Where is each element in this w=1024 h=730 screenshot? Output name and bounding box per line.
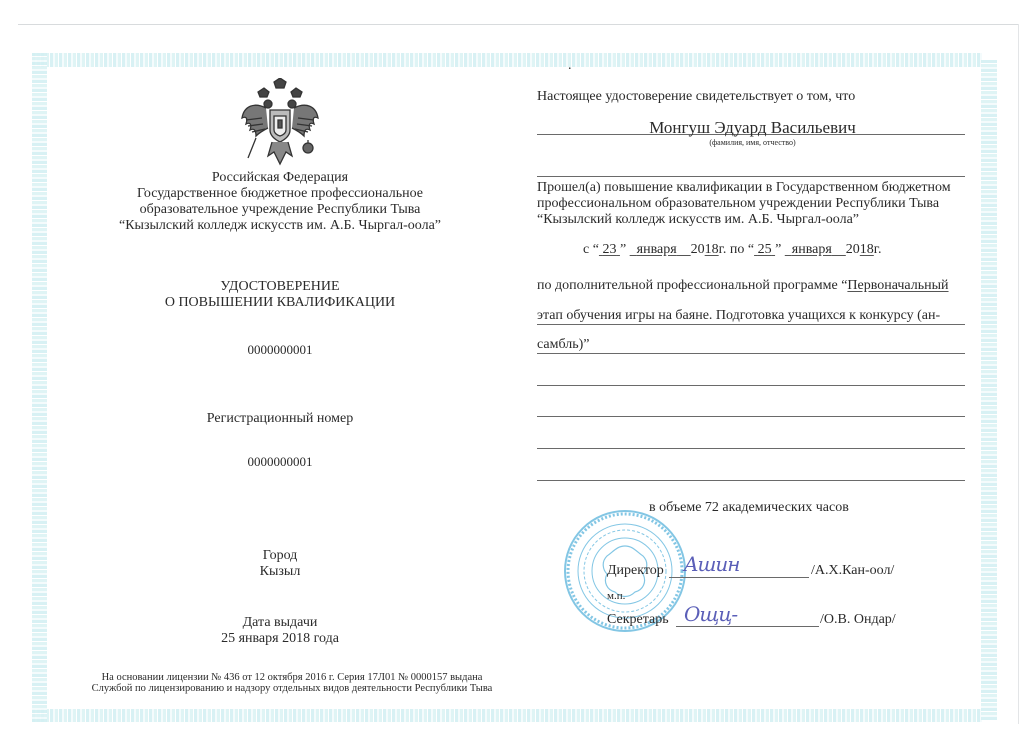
date-from-prefix: с “ [583,242,599,257]
secretary-signature: Ощц- [684,602,737,626]
program-prefix: по дополнительной профессиональной прогр… [537,278,847,293]
year-unit: г. [874,242,882,257]
paper-edge-right [1018,24,1019,724]
intro-text: Настоящее удостоверение свидетельствует … [537,89,855,105]
date-from-day: 23 [599,242,620,257]
director-name: /А.Х.Кан-оол/ [811,563,894,579]
passed-line: профессиональном образовательном учрежде… [537,196,951,212]
document-title: УДОСТОВЕРЕНИЕ О ПОВЫШЕНИИ КВАЛИФИКАЦИИ [130,279,430,311]
director-label: Директор [607,563,664,579]
certificate-page: Российская Федерация Государственное бюд… [0,0,1024,730]
date-from-month: января [630,242,691,257]
full-name: Монгуш Эдуард Васильевич [540,118,965,138]
date-from-year: 18 [705,242,719,257]
passed-training-text: Прошел(а) повышение квалификации в Госуд… [537,180,951,228]
year-prefix: 20 [691,242,705,257]
org-line: Российская Федерация [110,170,450,186]
issue-date-block: Дата выдачи 25 января 2018 года [160,615,400,647]
blank-line [537,385,965,386]
blank-line [537,416,965,417]
passed-line: “Кызылский колледж искусств им. А.Б. Чыр… [537,212,951,228]
program-line-2: этап обучения игры на баяне. Подготовка … [537,308,965,324]
passed-line: Прошел(а) повышение квалификации в Госуд… [537,180,951,196]
program-line-3: самбль)” [537,337,965,353]
russian-coat-of-arms-icon [238,78,322,170]
secretary-label: Секретарь [607,612,669,628]
ornamental-border-bottom [32,709,982,722]
registration-number-label: Регистрационный номер [180,411,380,427]
secretary-name: /О.В. Ондар/ [820,612,896,628]
license-line: Службой по лицензированию и надзору отде… [62,683,522,694]
director-signature-line [669,577,809,578]
ornamental-border-left [32,53,47,722]
paper-edge-top [18,24,1018,25]
year-prefix: 20 [846,242,860,257]
quote: ” [775,242,781,257]
training-dates: с “ 23 ” января 2018г. по “ 25 ” января … [583,242,881,258]
document-number: 0000000001 [180,342,380,358]
full-name-caption: (фамилия, имя, отчество) [540,138,965,147]
print-dot: . [568,58,572,74]
license-line: На основании лицензии № 436 от 12 октябр… [62,672,522,683]
blank-line [537,480,965,481]
blank-line [537,448,965,449]
issuing-organization: Российская Федерация Государственное бюд… [110,170,450,234]
program-line-1: по дополнительной профессиональной прогр… [537,278,965,294]
date-to-day: 25 [754,242,775,257]
city-label: Город [180,548,380,564]
program-underline [537,324,965,325]
title-line: О ПОВЫШЕНИИ КВАЛИФИКАЦИИ [130,295,430,311]
seal-place-label: м.п. [607,590,625,602]
org-line: Государственное бюджетное профессиональн… [110,186,450,202]
org-line: образовательное учреждение Республики Ты… [110,202,450,218]
program-name-part: Первоначальный [847,278,948,293]
blank-line [537,176,965,177]
secretary-signature-line [676,626,819,627]
city-block: Город Кызыл [180,548,380,580]
program-underline [537,353,965,354]
date-to-prefix: по “ [726,242,754,257]
ornamental-border-top [32,53,982,67]
license-note: На основании лицензии № 436 от 12 октябр… [62,672,522,694]
org-line: “Кызылский колледж искусств им. А.Б. Чыр… [110,218,450,234]
date-to-month: января [785,242,846,257]
issue-date-value: 25 января 2018 года [160,631,400,647]
director-signature: Aшин [684,552,739,576]
issue-date-label: Дата выдачи [160,615,400,631]
registration-number-value: 0000000001 [180,454,380,470]
date-to-year: 18 [860,242,874,257]
city-value: Кызыл [180,564,380,580]
title-line: УДОСТОВЕРЕНИЕ [130,279,430,295]
quote: ” [620,242,626,257]
ornamental-border-right [981,60,997,720]
